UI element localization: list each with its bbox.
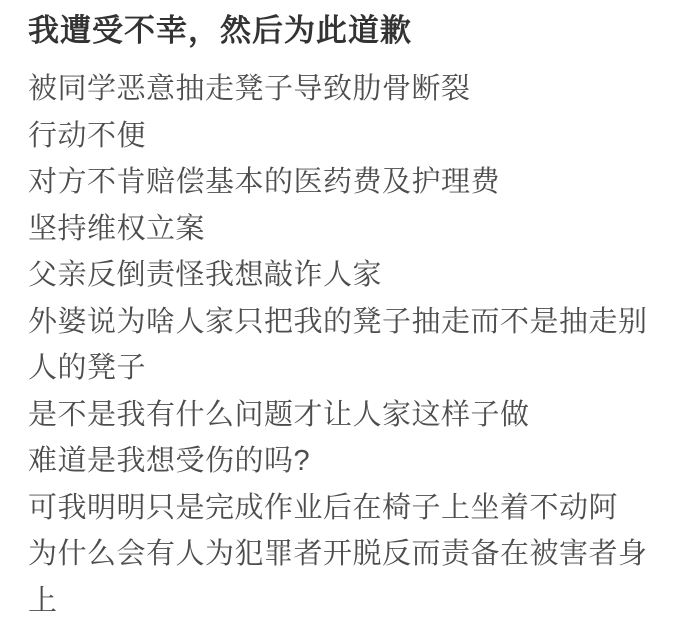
text-line: 人的凳子 bbox=[28, 345, 676, 392]
text-line: 父亲反倒责怪我想敲诈人家 bbox=[28, 252, 676, 299]
text-line: 坚持维权立案 bbox=[28, 206, 676, 253]
text-post: 我遭受不幸，然后为此道歉 被同学恶意抽走凳子导致肋骨断裂 行动不便 对方不肯赔偿… bbox=[0, 0, 700, 624]
text-line: 难道是我想受伤的吗? bbox=[28, 438, 676, 485]
text-line: 是不是我有什么问题才让人家这样子做 bbox=[28, 392, 676, 439]
text-line: 行动不便 bbox=[28, 113, 676, 160]
post-body: 被同学恶意抽走凳子导致肋骨断裂 行动不便 对方不肯赔偿基本的医药费及护理费 坚持… bbox=[28, 66, 676, 624]
text-line: 可我明明只是完成作业后在椅子上坐着不动阿 bbox=[28, 485, 676, 532]
text-line: 被同学恶意抽走凳子导致肋骨断裂 bbox=[28, 66, 676, 113]
post-title: 我遭受不幸，然后为此道歉 bbox=[28, 10, 676, 52]
text-line: 外婆说为啥人家只把我的凳子抽走而不是抽走别 bbox=[28, 299, 676, 346]
text-line: 为什么会有人为犯罪者开脱反而责备在被害者身 bbox=[28, 531, 676, 578]
text-line: 对方不肯赔偿基本的医药费及护理费 bbox=[28, 159, 676, 206]
text-line: 上 bbox=[28, 578, 676, 625]
